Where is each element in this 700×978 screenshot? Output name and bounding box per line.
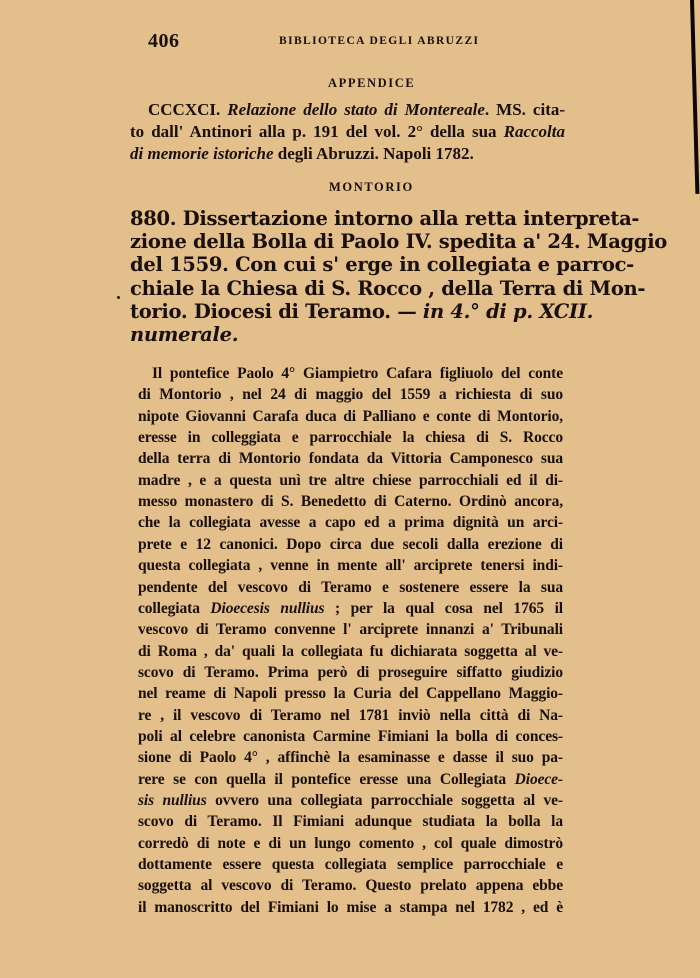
text-line: vescovo di Teramo convenne l' arciprete … <box>138 621 563 639</box>
text-line: eresse in colleggiata e parrocchiale la … <box>138 429 563 447</box>
text-line: Il pontefice Paolo 4° Giampietro Cafara … <box>152 365 563 383</box>
text-span: sione di Paolo 4° , affinchè la esaminas… <box>138 749 563 766</box>
text-span: messo monastero di S. Benedetto di Cater… <box>138 493 563 510</box>
text-line: di Montorio , nel 24 di maggio del 1559 … <box>138 386 563 404</box>
text-line: pendente del vescovo di Teramo e sostene… <box>138 579 563 597</box>
text-line: nipote Giovanni Carafa duca di Palliano … <box>138 408 563 426</box>
italic-text: Dioece- <box>515 771 563 788</box>
text-span: chiale la Chiesa di S. Rocco , della Ter… <box>130 277 645 300</box>
text-span: questa collegiata , venne in mente all' … <box>138 557 563 574</box>
text-span: dottamente essere questa collegiata semp… <box>138 856 563 873</box>
text-span: . MS. cita- <box>485 100 565 119</box>
text-line: prete e 12 canonici. Dopo circa due seco… <box>138 536 563 554</box>
text-line: corredò di note e di un lungo comento , … <box>138 835 563 853</box>
text-span: ovvero una collegiata parrocchiale sogge… <box>207 792 563 809</box>
text-span: torio. Diocesi di Teramo. — <box>130 300 423 323</box>
italic-text: numerale. <box>130 323 238 346</box>
text-line: poli al celebre canonista Carmine Fimian… <box>138 728 563 746</box>
text-line: il manoscritto del Fimiani lo mise a sta… <box>138 899 563 917</box>
italic-text: Dioecesis nullius <box>210 600 324 617</box>
text-span: collegiata <box>138 600 210 617</box>
text-line: madre , e a questa unì tre altre chiese … <box>138 472 563 490</box>
stray-ink-dot <box>117 296 120 299</box>
text-span: pendente del vescovo di Teramo e sostene… <box>138 579 563 596</box>
page-edge-line <box>690 0 699 194</box>
text-line: dottamente essere questa collegiata semp… <box>138 856 563 874</box>
text-span: nel reame di Napoli presso la Curia del … <box>138 685 563 702</box>
italic-text: Relazione dello stato di Montereale <box>227 100 485 119</box>
text-span: to dall' Antinori alla p. 191 del vol. 2… <box>130 122 504 141</box>
text-span: eresse in colleggiata e parrocchiale la … <box>138 429 563 446</box>
text-span: scovo di Teramo. Prima però di proseguir… <box>138 664 563 681</box>
text-span: 880. Dissertazione intorno alla retta in… <box>130 207 639 230</box>
text-line: sione di Paolo 4° , affinchè la esaminas… <box>138 749 563 767</box>
text-line: questa collegiata , venne in mente all' … <box>138 557 563 575</box>
text-span: soggetta al vescovo di Teramo. Questo pr… <box>138 877 563 894</box>
text-span: ; per la qual cosa nel 1765 il <box>324 600 563 617</box>
text-line: di Roma , da' quali la collegiata fu dic… <box>138 643 563 661</box>
text-span: poli al celebre canonista Carmine Fimian… <box>138 728 563 745</box>
text-span: nipote Giovanni Carafa duca di Palliano … <box>138 408 563 425</box>
running-head-title: BIBLIOTECA DEGLI ABRUZZI <box>279 35 479 47</box>
text-line: scovo di Teramo. Prima però di proseguir… <box>138 664 563 682</box>
text-line: rere se con quella il pontefice eresse u… <box>138 771 563 789</box>
italic-text: di memorie istoriche <box>130 144 274 163</box>
text-span: zione della Bolla di Paolo IV. spedita a… <box>130 230 667 253</box>
text-span: di Montorio , nel 24 di maggio del 1559 … <box>138 386 563 403</box>
text-span: prete e 12 canonici. Dopo circa due seco… <box>138 536 563 553</box>
italic-text: Raccolta <box>504 122 565 141</box>
text-line: zione della Bolla di Paolo IV. spedita a… <box>130 230 567 253</box>
text-line: CCCXCI. Relazione dello stato di Montere… <box>148 100 565 120</box>
text-span: che la collegiata avesse a capo ed a pri… <box>138 514 563 531</box>
text-span: CCCXCI. <box>148 100 227 119</box>
text-span: degli Abruzzi. Napoli 1782. <box>274 144 474 163</box>
text-line: soggetta al vescovo di Teramo. Questo pr… <box>138 877 563 895</box>
text-line: di memorie istoriche degli Abruzzi. Napo… <box>130 144 565 164</box>
text-span: rere se con quella il pontefice eresse u… <box>138 771 515 788</box>
text-line: 880. Dissertazione intorno alla retta in… <box>130 207 567 230</box>
text-span: corredò di note e di un lungo comento , … <box>138 835 563 852</box>
text-span: vescovo di Teramo convenne l' arciprete … <box>138 621 563 638</box>
italic-text: sis nullius <box>138 792 207 809</box>
text-line: collegiata Dioecesis nullius ; per la qu… <box>138 600 563 618</box>
text-line: messo monastero di S. Benedetto di Cater… <box>138 493 563 511</box>
text-span: il manoscritto del Fimiani lo mise a sta… <box>138 899 563 916</box>
text-span: scovo di Teramo. Il Fimiani adunque stud… <box>138 813 563 830</box>
text-span: della terra di Montorio fondata da Vitto… <box>138 450 563 467</box>
text-span: del 1559. Con cui s' erge in collegiata … <box>130 253 634 276</box>
page-number: 406 <box>148 30 180 53</box>
text-span: di Roma , da' quali la collegiata fu dic… <box>138 643 563 660</box>
book-page: 406 BIBLIOTECA DEGLI ABRUZZI APPENDICE C… <box>0 0 700 978</box>
text-line: che la collegiata avesse a capo ed a pri… <box>138 514 563 532</box>
text-span: re , il vescovo di Teramo nel 1781 inviò… <box>138 707 563 724</box>
text-line: della terra di Montorio fondata da Vitto… <box>138 450 563 468</box>
text-line: scovo di Teramo. Il Fimiani adunque stud… <box>138 813 563 831</box>
section-heading-appendice: APPENDICE <box>328 76 415 91</box>
section-heading-montorio: MONTORIO <box>329 180 414 195</box>
text-span: madre , e a questa unì tre altre chiese … <box>138 472 563 489</box>
italic-text: in 4.° di p. XCII. <box>423 300 593 323</box>
text-line: torio. Diocesi di Teramo. — in 4.° di p.… <box>130 300 567 323</box>
text-line: del 1559. Con cui s' erge in collegiata … <box>130 253 567 276</box>
text-line: chiale la Chiesa di S. Rocco , della Ter… <box>130 277 567 300</box>
text-line: to dall' Antinori alla p. 191 del vol. 2… <box>130 122 565 142</box>
text-line: nel reame di Napoli presso la Curia del … <box>138 685 563 703</box>
text-line: re , il vescovo di Teramo nel 1781 inviò… <box>138 707 563 725</box>
text-line: sis nullius ovvero una collegiata parroc… <box>138 792 563 810</box>
text-span: Il pontefice Paolo 4° Giampietro Cafara … <box>152 365 563 382</box>
text-line: numerale. <box>130 323 567 346</box>
running-head: 406 BIBLIOTECA DEGLI ABRUZZI <box>148 30 568 54</box>
